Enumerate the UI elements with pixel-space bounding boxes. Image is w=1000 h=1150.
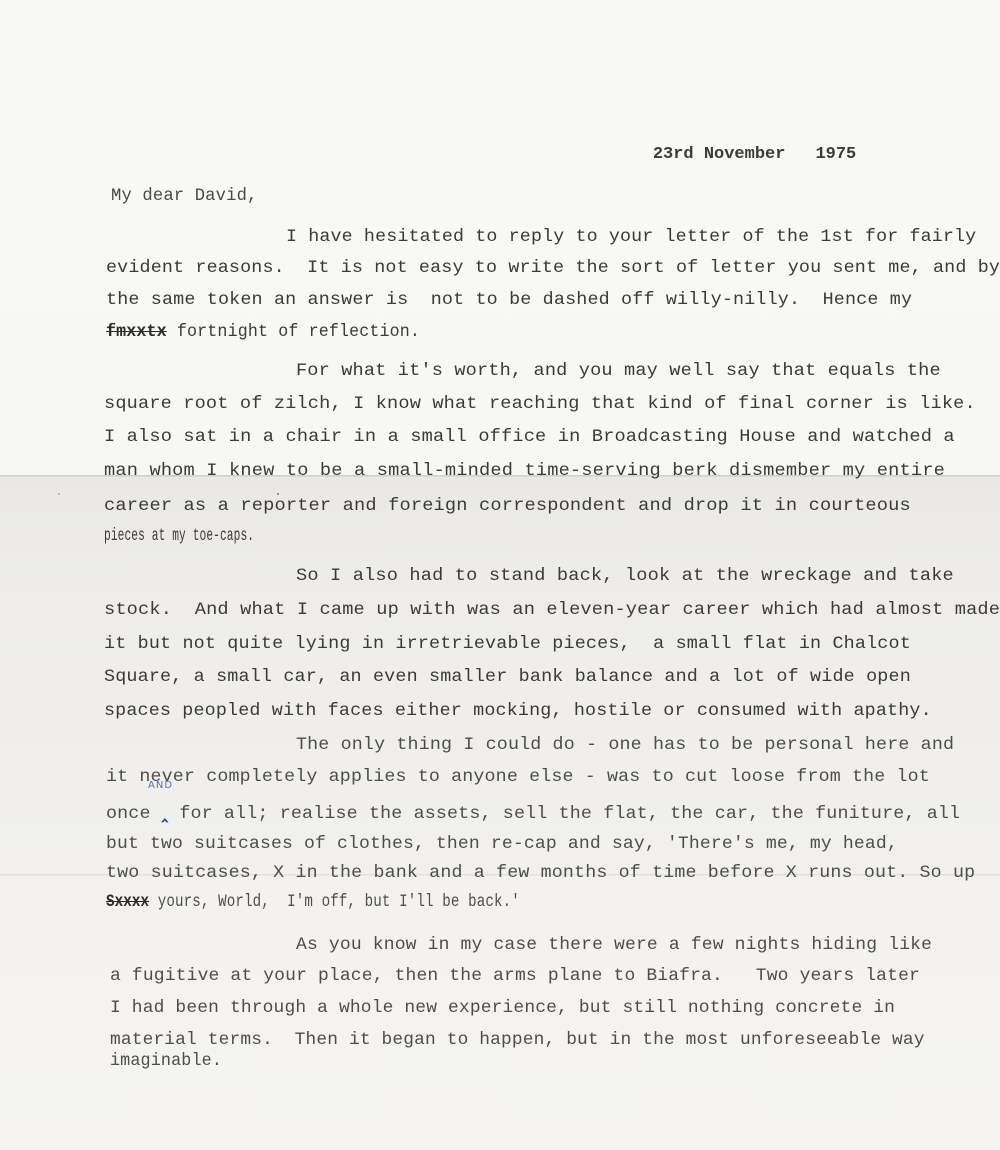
line-text: for all; realise the assets, sell the fl… — [168, 805, 960, 824]
letter-line: The only thing I could do - one has to b… — [296, 736, 954, 755]
letter-line: I also sat in a chair in a small office … — [104, 428, 955, 447]
letter-line: man whom I knew to be a small-minded tim… — [104, 462, 945, 481]
letter-line: As you know in my case there were a few … — [296, 936, 932, 955]
letter-line: fmxxtx fortnight of reflection. — [106, 323, 420, 342]
letter-line: it never completely applies to anyone el… — [106, 768, 930, 787]
letter-line: it but not quite lying in irretrievable … — [104, 635, 911, 654]
letter-page: 23rd November1975 My dear David, I have … — [0, 0, 1000, 1150]
date-year: 1975 — [815, 145, 856, 164]
letter-line: the same token an answer is not to be da… — [106, 291, 912, 310]
letter-line: square root of zilch, I know what reachi… — [104, 395, 976, 414]
letter-line: For what it's worth, and you may well sa… — [296, 362, 941, 381]
insertion-caret-mark: ‸ — [162, 803, 168, 824]
letter-line: but two suitcases of clothes, then re-ca… — [106, 835, 898, 854]
paper-speck — [58, 493, 60, 495]
letter-line: imaginable. — [110, 1052, 222, 1071]
letter-line: stock. And what I came up with was an el… — [104, 601, 1000, 620]
letter-line: spaces peopled with faces either mocking… — [104, 702, 932, 721]
salutation: My dear David, — [111, 187, 258, 206]
letter-line: career as a reporter and foreign corresp… — [104, 497, 911, 516]
line-text: yours, World, I'm off, but I'll be back.… — [149, 893, 520, 912]
struck-out-text: Sxxxx — [106, 893, 149, 912]
letter-line: Square, a small car, an even smaller ban… — [104, 668, 911, 687]
letter-line: I have hesitated to reply to your letter… — [286, 228, 976, 247]
letter-line: evident reasons. It is not easy to write… — [106, 259, 1000, 278]
letter-line: Sxxxx yours, World, I'm off, but I'll be… — [106, 893, 520, 912]
letter-line: a fugitive at your place, then the arms … — [110, 967, 920, 986]
letter-line: two suitcases, X in the bank and a few m… — [106, 864, 975, 883]
letter-line: So I also had to stand back, look at the… — [296, 567, 954, 586]
paper-speck — [277, 493, 279, 495]
letter-line: once ‸ for all; realise the assets, sell… — [106, 803, 960, 824]
line-text: fortnight of reflection. — [167, 323, 420, 342]
date-day-month: 23rd November — [653, 145, 786, 164]
handwritten-insertion: AND — [148, 780, 173, 791]
letter-date: 23rd November1975 — [612, 126, 856, 183]
letter-line: material terms. Then it began to happen,… — [110, 1031, 925, 1050]
letter-line: I had been through a whole new experienc… — [110, 999, 895, 1018]
line-text: once — [106, 805, 162, 824]
struck-out-text: fmxxtx — [106, 323, 167, 342]
letter-line: pieces at my toe-caps. — [104, 527, 254, 546]
